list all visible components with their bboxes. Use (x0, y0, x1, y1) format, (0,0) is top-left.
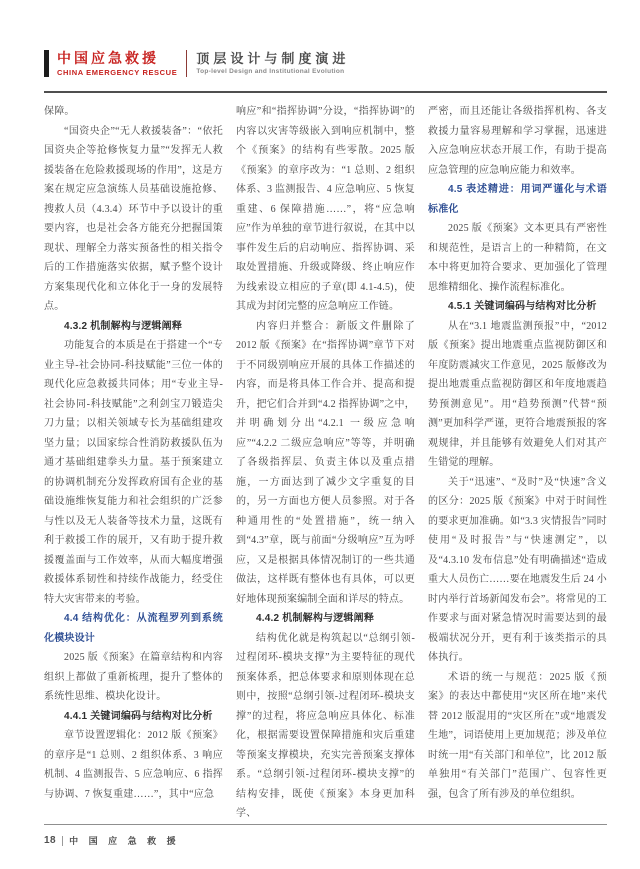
section-heading: 4.4.2 机制解构与逻辑阐释 (236, 609, 415, 629)
article-columns: 保障。“国资央企”“无人救援装备”：“依托国资央企等抢修恢复力量”“发挥无人救援… (44, 102, 607, 818)
section-title-cn: 顶层设计与制度演进 (196, 52, 349, 65)
footer-line: 18 中 国 应 急 救 援 (44, 834, 607, 847)
section-heading: 4.4.1 关键词编码与结构对比分析 (44, 707, 223, 727)
paragraph: 功能复合的本质是在于搭建一个“专业主导-社会协同-科技赋能”三位一体的现代化应急… (44, 336, 223, 609)
brand-title-en: CHINA EMERGENCY RESCUE (57, 69, 177, 77)
paragraph: 2025 版《预案》文本更具有严密性和规范性，是语言上的一种精简，在文本中将更加… (428, 219, 607, 297)
page-footer: 18 中 国 应 急 救 援 (44, 824, 607, 847)
paragraph: 2025 版《预案》在篇章结构和内容组织上都做了重新梳理，提升了整体的系统性思维… (44, 648, 223, 707)
paragraph: 章节设置逻辑化：2012 版《预案》的章序是“1 总则、2 组织体系、3 响应机… (44, 726, 223, 804)
section-heading: 4.5.1 关键词编码与结构对比分析 (428, 297, 607, 317)
section-title-block: 顶层设计与制度演进 Top-level Design and Instituti… (196, 52, 349, 76)
paragraph: 严密，而且还能让各级指挥机构、各支救援力量容易理解和学习掌握，迅速进入应急响应状… (428, 102, 607, 180)
section-heading: 4.3.2 机制解构与逻辑阐释 (44, 317, 223, 337)
paragraph: 结构优化就是构筑起以“总纲引领-过程闭环-模块支撑”为主要特征的现代预案体系，把… (236, 629, 415, 819)
paragraph: “国资央企”“无人救援装备”：“依托国资央企等抢修恢复力量”“发挥无人救援装备在… (44, 122, 223, 317)
brand-bar (44, 50, 49, 77)
footer-rule (44, 824, 607, 825)
paragraph: 保障。 (44, 102, 223, 122)
footer-divider (62, 836, 63, 846)
section-heading: 4.4 结构优化：从流程罗列到系统化模块设计 (44, 609, 223, 648)
brand-block: 中国应急救援 CHINA EMERGENCY RESCUE (57, 51, 177, 77)
section-heading: 4.5 表述精进：用词严谨化与术语标准化 (428, 180, 607, 219)
column-2: 响应”和“指挥协调”分设，“指挥协调”的内容以灾害等级嵌入到响应机制中，整个《预… (236, 102, 415, 818)
journal-name: 中 国 应 急 救 援 (69, 834, 180, 847)
masthead: 中国应急救援 CHINA EMERGENCY RESCUE 顶层设计与制度演进 … (44, 50, 607, 77)
section-title-en: Top-level Design and Institutional Evolu… (196, 69, 349, 76)
column-1: 保障。“国资央企”“无人救援装备”：“依托国资央企等抢修恢复力量”“发挥无人救援… (44, 102, 223, 818)
page-number: 18 (44, 835, 56, 846)
magazine-page: 中国应急救援 CHINA EMERGENCY RESCUE 顶层设计与制度演进 … (0, 0, 640, 869)
paragraph: 响应”和“指挥协调”分设，“指挥协调”的内容以灾害等级嵌入到响应机制中，整个《预… (236, 102, 415, 317)
paragraph: 内容归并整合：新版文件删除了 2012 版《预案》在“指挥协调”章节下对于不同级… (236, 317, 415, 610)
column-3: 严密，而且还能让各级指挥机构、各支救援力量容易理解和学习掌握，迅速进入应急响应状… (428, 102, 607, 818)
masthead-divider (186, 50, 187, 77)
paragraph: 关于“迅速”、“及时”及“快速”含义的区分：2025 版《预案》中对于时间性的要… (428, 473, 607, 668)
header-rule (44, 91, 607, 93)
brand-title-cn: 中国应急救援 (57, 51, 177, 65)
paragraph: 术语的统一与规范：2025 版《预案》的表达中都使用“灾区所在地”来代替 201… (428, 668, 607, 805)
paragraph: 从在“3.1 地震监测预报”中，“2012 版《预案》提出地震重点监视防御区和年… (428, 317, 607, 473)
